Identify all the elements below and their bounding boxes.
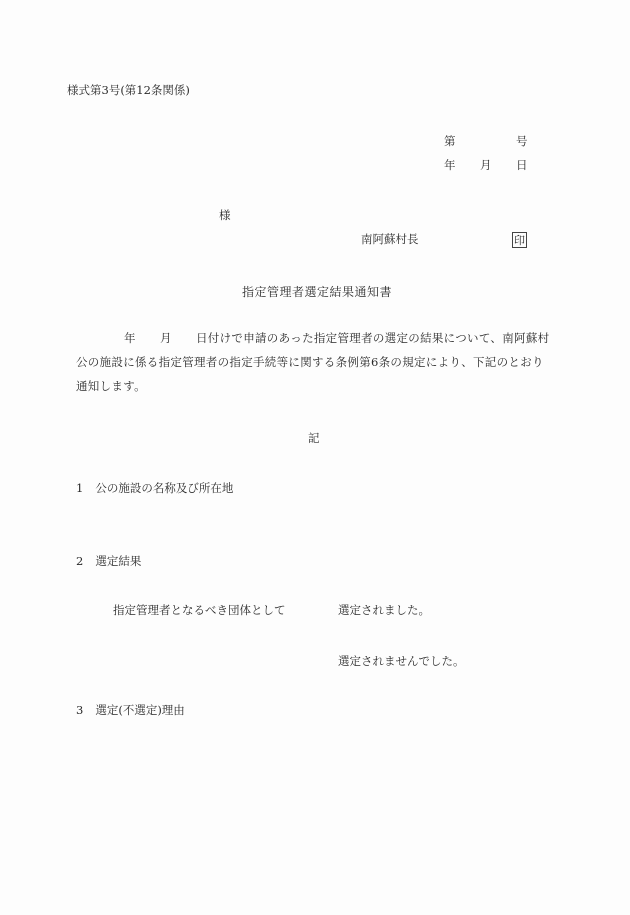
- item-1: 1公の施設の名称及び所在地: [76, 483, 233, 495]
- selection-option-not-selected: 選定されませんでした。: [338, 656, 465, 668]
- doc-number-prefix: 第: [444, 136, 456, 148]
- seal-mark: 印: [512, 232, 527, 248]
- date-day: 日: [516, 160, 528, 172]
- body-line-3: 通知します。: [76, 381, 146, 393]
- item-2: 2選定結果: [76, 556, 141, 568]
- body-line-1: 日付けで申請のあった指定管理者の選定の結果について、南阿蘇村: [196, 333, 549, 345]
- body-month: 月: [160, 333, 172, 345]
- body-year: 年: [124, 333, 136, 345]
- item-number: 1: [76, 481, 83, 495]
- ki-heading: 記: [308, 433, 320, 445]
- issuer-name: 南阿蘇村長: [361, 234, 419, 246]
- selection-option-selected: 選定されました。: [338, 605, 430, 617]
- date-year: 年: [444, 160, 456, 172]
- body-line-2: 公の施設に係る指定管理者の指定手続等に関する条例第6条の規定により、下記のとおり: [76, 357, 544, 369]
- item-label: 選定結果: [95, 554, 141, 568]
- item-label: 選定(不選定)理由: [95, 703, 184, 717]
- item-number: 3: [76, 703, 83, 717]
- selection-lead: 指定管理者となるべき団体として: [113, 605, 286, 617]
- seal-icon: 印: [512, 232, 527, 248]
- date-month: 月: [480, 160, 492, 172]
- document-title: 指定管理者選定結果通知書: [242, 286, 392, 298]
- addressee-suffix: 様: [219, 210, 231, 222]
- form-label: 様式第3号(第12条関係): [67, 85, 190, 97]
- item-number: 2: [76, 554, 83, 568]
- doc-number-suffix: 号: [516, 136, 528, 148]
- item-label: 公の施設の名称及び所在地: [95, 481, 233, 495]
- item-3: 3選定(不選定)理由: [76, 705, 185, 717]
